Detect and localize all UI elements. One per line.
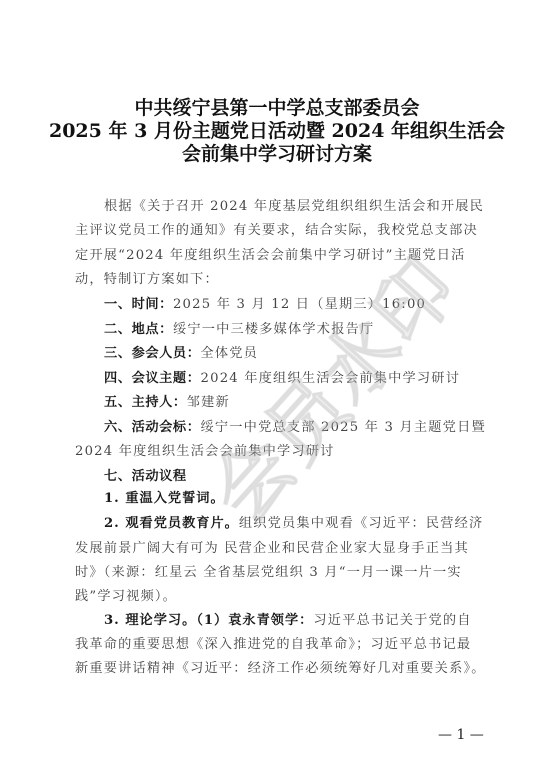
item-host: 五、主持人：邹建新 <box>104 394 516 412</box>
agenda-text-line: 发展前景广阔大有可为 民营企业和民营企业家大显身手正当其 <box>75 540 487 558</box>
item-value: 2025 年 3 月 12 日（星期三）16:00 <box>173 297 426 312</box>
document-title-line-3: 会前集中学习研讨方案 <box>0 143 554 165</box>
item-value: 绥宁一中三楼多媒体学术报告厅 <box>173 322 374 337</box>
item-label: 二、地点： <box>104 322 173 337</box>
agenda-text: 组织党员集中观看《习近平：民营经济 <box>239 516 484 531</box>
item-location: 二、地点：绥宁一中三楼多媒体学术报告厅 <box>104 321 516 339</box>
item-label: 三、参会人员： <box>104 346 201 361</box>
intro-paragraph-line: 主评议党员工作的通知》有关要求，结合实际，我校党总支部决 <box>75 222 487 240</box>
item-value: 2024 年度组织生活会会前集中学习研讨 <box>201 371 461 386</box>
intro-paragraph-line: 根据《关于召开 2024 年度基层党组织组织生活会和开展民 <box>104 198 516 216</box>
item-time: 一、时间：2025 年 3 月 12 日（星期三）16:00 <box>104 296 516 314</box>
item-label: 六、活动会标： <box>104 420 201 435</box>
document-title-line-2: 2025 年 3 月份主题党日活动暨 2024 年组织生活会 <box>0 120 554 142</box>
item-agenda-heading: 七、活动议程 <box>104 468 516 486</box>
agenda-item-3: 3. 理论学习。（1）袁永青领学：习近平总书记关于党的自 <box>104 612 516 630</box>
item-banner: 六、活动会标：绥宁一中党总支部 2025 年 3 月主题党日暨 <box>104 419 516 437</box>
agenda-text-line: 时》（来源：红星云 全省基层党组织 3 月“一月一课一片一实 <box>75 564 487 582</box>
item-attendees: 三、参会人员：全体党员 <box>104 345 516 363</box>
item-value: 全体党员 <box>201 346 259 361</box>
item-value: 邹建新 <box>187 395 230 410</box>
intro-paragraph-line: 定开展“2024 年度组织生活会会前集中学习研讨”主题党日活 <box>75 247 487 265</box>
item-label: 一、时间： <box>104 297 173 312</box>
agenda-item-2: 2. 观看党员教育片。组织党员集中观看《习近平：民营经济 <box>104 515 516 533</box>
agenda-heading: 1. 重温入党誓词。 <box>104 491 225 506</box>
document-page: 中共绥宁县第一中学总支部委员会 2025 年 3 月份主题党日活动暨 2024 … <box>0 0 554 784</box>
agenda-heading: 2. 观看党员教育片。 <box>104 516 239 531</box>
intro-paragraph-line: 动，特制订方案如下： <box>75 271 487 289</box>
agenda-heading: 3. 理论学习。（1）袁永青领学： <box>104 613 313 628</box>
item-label: 七、活动议程 <box>104 469 187 484</box>
item-value: 绥宁一中党总支部 2025 年 3 月主题党日暨 <box>201 420 486 435</box>
agenda-item-1: 1. 重温入党誓词。 <box>104 490 516 508</box>
document-title-line-1: 中共绥宁县第一中学总支部委员会 <box>0 97 554 119</box>
item-banner-continuation: 2024 年度组织生活会会前集中学习研讨 <box>75 443 487 461</box>
agenda-text: 习近平总书记关于党的自 <box>313 613 471 628</box>
agenda-text-line: 新重要讲话精神《习近平：经济工作必须统筹好几对重要关系》。 <box>75 660 487 678</box>
agenda-text-line: 我革命的重要思想《深入推进党的自我革命》；习近平总书记最 <box>75 636 487 654</box>
item-label: 五、主持人： <box>104 395 187 410</box>
agenda-text-line: 践”学习视频）。 <box>75 588 487 606</box>
item-label: 四、会议主题： <box>104 371 201 386</box>
item-theme: 四、会议主题：2024 年度组织生活会会前集中学习研讨 <box>104 370 516 388</box>
page-number: — 1 — <box>438 727 484 743</box>
